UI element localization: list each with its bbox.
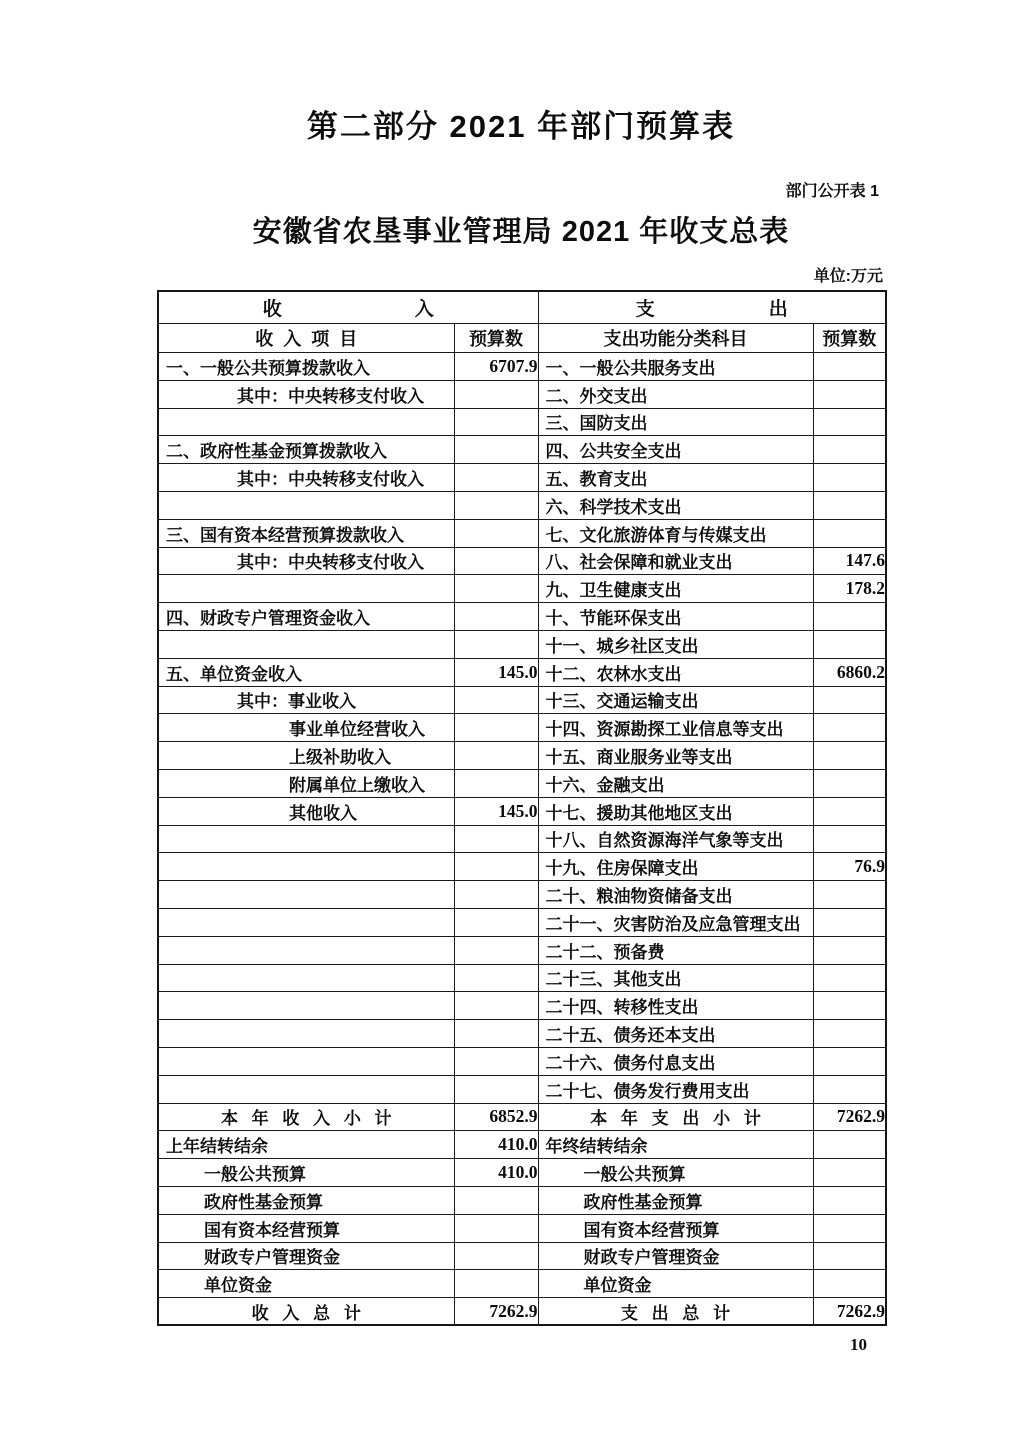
table-row: 一、一般公共预算拨款收入6707.9一、一般公共服务支出 <box>158 353 886 381</box>
expense-item-cell: 五、教育支出 <box>538 464 813 492</box>
income-item-cell <box>158 1047 454 1075</box>
expense-value-cell <box>813 1186 886 1214</box>
expense-value-cell <box>813 686 886 714</box>
expense-value-cell <box>813 797 886 825</box>
page-title: 第二部分 2021 年部门预算表 <box>157 0 885 148</box>
income-value-cell <box>454 603 538 631</box>
income-item-cell: 国有资本经营预算 <box>158 1214 454 1242</box>
table-row: 二十五、债务还本支出 <box>158 1020 886 1048</box>
expense-item-cell: 十七、援助其他地区支出 <box>538 797 813 825</box>
expense-item-cell: 国有资本经营预算 <box>538 1214 813 1242</box>
expense-value-cell: 7262.9 <box>813 1103 886 1131</box>
income-value-cell <box>454 1186 538 1214</box>
expense-value-cell <box>813 1131 886 1159</box>
income-value-cell <box>454 1242 538 1270</box>
expense-item-cell: 十六、金融支出 <box>538 769 813 797</box>
income-value-cell <box>454 992 538 1020</box>
table-row: 其中：中央转移支付收入二、外交支出 <box>158 380 886 408</box>
expense-value-cell <box>813 825 886 853</box>
income-value-cell <box>454 1075 538 1103</box>
expense-value-cell <box>813 964 886 992</box>
income-item-cell <box>158 825 454 853</box>
table-row: 国有资本经营预算国有资本经营预算 <box>158 1214 886 1242</box>
expense-item-cell: 四、公共安全支出 <box>538 436 813 464</box>
table-row: 其中：中央转移支付收入八、社会保障和就业支出147.6 <box>158 547 886 575</box>
expense-value-cell <box>813 353 886 381</box>
table-row: 本 年 收 入 小 计6852.9本 年 支 出 小 计7262.9 <box>158 1103 886 1131</box>
income-item-cell: 其中：事业收入 <box>158 686 454 714</box>
income-item-cell <box>158 1075 454 1103</box>
expense-value-cell <box>813 436 886 464</box>
income-item-cell: 上年结转结余 <box>158 1131 454 1159</box>
expense-value-cell: 6860.2 <box>813 658 886 686</box>
col-header-income-budget: 预算数 <box>454 324 538 353</box>
income-value-cell: 410.0 <box>454 1131 538 1159</box>
expense-value-cell <box>813 491 886 519</box>
expense-item-cell: 十八、自然资源海洋气象等支出 <box>538 825 813 853</box>
income-item-cell <box>158 881 454 909</box>
table-row: 二十二、预备费 <box>158 936 886 964</box>
table-title: 安徽省农垦事业管理局 2021 年收支总表 <box>157 213 885 251</box>
income-value-cell: 6707.9 <box>454 353 538 381</box>
income-value-cell: 7262.9 <box>454 1298 538 1326</box>
income-item-cell <box>158 992 454 1020</box>
table-row: 三、国防支出 <box>158 408 886 436</box>
table-row: 其中：事业收入十三、交通运输支出 <box>158 686 886 714</box>
expense-item-cell: 政府性基金预算 <box>538 1186 813 1214</box>
table-row: 二十三、其他支出 <box>158 964 886 992</box>
income-item-cell <box>158 853 454 881</box>
table-row: 政府性基金预算政府性基金预算 <box>158 1186 886 1214</box>
table-row: 其他收入145.0十七、援助其他地区支出 <box>158 797 886 825</box>
expense-value-cell <box>813 881 886 909</box>
expense-item-cell: 六、科学技术支出 <box>538 491 813 519</box>
table-row: 二、政府性基金预算拨款收入四、公共安全支出 <box>158 436 886 464</box>
expense-item-cell: 三、国防支出 <box>538 408 813 436</box>
expense-item-cell: 八、社会保障和就业支出 <box>538 547 813 575</box>
table-row: 二十一、灾害防治及应急管理支出 <box>158 908 886 936</box>
table-row: 十九、住房保障支出76.9 <box>158 853 886 881</box>
unit-label: 单位:万元 <box>157 263 885 286</box>
income-item-cell <box>158 1020 454 1048</box>
income-item-cell: 五、单位资金收入 <box>158 658 454 686</box>
income-item-cell: 三、国有资本经营预算拨款收入 <box>158 519 454 547</box>
income-value-cell <box>454 936 538 964</box>
expense-value-cell <box>813 1242 886 1270</box>
expense-item-cell: 二十六、债务付息支出 <box>538 1047 813 1075</box>
col-header-expense-budget: 预算数 <box>813 324 886 353</box>
expense-item-cell: 十五、商业服务业等支出 <box>538 742 813 770</box>
income-value-cell <box>454 908 538 936</box>
income-value-cell <box>454 464 538 492</box>
table-row: 二十四、转移性支出 <box>158 992 886 1020</box>
expense-item-cell: 九、卫生健康支出 <box>538 575 813 603</box>
expense-item-cell: 十三、交通运输支出 <box>538 686 813 714</box>
income-item-cell: 其中：中央转移支付收入 <box>158 464 454 492</box>
income-item-cell: 其中：中央转移支付收入 <box>158 380 454 408</box>
income-item-cell: 事业单位经营收入 <box>158 714 454 742</box>
expense-value-cell: 178.2 <box>813 575 886 603</box>
expense-item-cell: 支 出 总 计 <box>538 1298 813 1326</box>
column-header-row: 收 入 项 目 预算数 支出功能分类科目 预算数 <box>158 324 886 353</box>
expense-item-cell: 十九、住房保障支出 <box>538 853 813 881</box>
table-row: 九、卫生健康支出178.2 <box>158 575 886 603</box>
expense-item-cell: 十一、城乡社区支出 <box>538 630 813 658</box>
income-value-cell <box>454 686 538 714</box>
expense-item-cell: 一、一般公共服务支出 <box>538 353 813 381</box>
expense-value-cell <box>813 908 886 936</box>
income-value-cell <box>454 547 538 575</box>
expense-value-cell <box>813 1047 886 1075</box>
income-item-cell <box>158 630 454 658</box>
income-value-cell: 410.0 <box>454 1159 538 1187</box>
table-row: 四、财政专户管理资金收入十、节能环保支出 <box>158 603 886 631</box>
expense-item-cell: 二十、粮油物资储备支出 <box>538 881 813 909</box>
expense-item-cell: 十、节能环保支出 <box>538 603 813 631</box>
income-value-cell <box>454 380 538 408</box>
income-item-cell <box>158 491 454 519</box>
expense-value-cell: 147.6 <box>813 547 886 575</box>
income-value-cell <box>454 853 538 881</box>
expense-item-cell: 单位资金 <box>538 1270 813 1298</box>
income-value-cell <box>454 964 538 992</box>
table-row: 六、科学技术支出 <box>158 491 886 519</box>
table-row: 单位资金单位资金 <box>158 1270 886 1298</box>
table-body: 一、一般公共预算拨款收入6707.9一、一般公共服务支出其中：中央转移支付收入二… <box>158 353 886 1326</box>
table-row: 上级补助收入十五、商业服务业等支出 <box>158 742 886 770</box>
income-group-header: 收 入 <box>158 291 538 324</box>
expense-value-cell <box>813 1159 886 1187</box>
expense-item-cell: 十二、农林水支出 <box>538 658 813 686</box>
expense-item-cell: 二十三、其他支出 <box>538 964 813 992</box>
expense-item-cell: 二十五、债务还本支出 <box>538 1020 813 1048</box>
expense-item-cell: 财政专户管理资金 <box>538 1242 813 1270</box>
expense-item-cell: 一般公共预算 <box>538 1159 813 1187</box>
expense-item-cell: 二、外交支出 <box>538 380 813 408</box>
income-value-cell <box>454 436 538 464</box>
expense-value-cell <box>813 603 886 631</box>
expense-value-cell <box>813 936 886 964</box>
expense-item-cell: 七、文化旅游体育与传媒支出 <box>538 519 813 547</box>
table-row: 五、单位资金收入145.0十二、农林水支出6860.2 <box>158 658 886 686</box>
income-item-cell <box>158 936 454 964</box>
income-value-cell <box>454 408 538 436</box>
income-value-cell <box>454 1047 538 1075</box>
income-item-cell <box>158 575 454 603</box>
income-item-cell: 本 年 收 入 小 计 <box>158 1103 454 1131</box>
income-value-cell <box>454 825 538 853</box>
income-item-cell <box>158 964 454 992</box>
table-row: 事业单位经营收入十四、资源勘探工业信息等支出 <box>158 714 886 742</box>
income-value-cell <box>454 630 538 658</box>
income-item-cell: 财政专户管理资金 <box>158 1242 454 1270</box>
table-label: 部门公开表 1 <box>157 178 885 201</box>
expense-item-cell: 二十四、转移性支出 <box>538 992 813 1020</box>
income-value-cell <box>454 1020 538 1048</box>
expense-value-cell <box>813 519 886 547</box>
table-row: 收 入 总 计7262.9支 出 总 计7262.9 <box>158 1298 886 1326</box>
expense-item-cell: 二十一、灾害防治及应急管理支出 <box>538 908 813 936</box>
budget-table: 收 入 支 出 收 入 项 目 预算数 支出功能分类科目 预算数 一、一般公共预… <box>157 290 887 1326</box>
income-item-cell: 其他收入 <box>158 797 454 825</box>
income-item-cell <box>158 908 454 936</box>
expense-value-cell <box>813 380 886 408</box>
expense-value-cell <box>813 769 886 797</box>
income-item-cell: 政府性基金预算 <box>158 1186 454 1214</box>
table-row: 一般公共预算410.0一般公共预算 <box>158 1159 886 1187</box>
income-value-cell <box>454 1270 538 1298</box>
income-value-cell: 145.0 <box>454 797 538 825</box>
table-row: 二十七、债务发行费用支出 <box>158 1075 886 1103</box>
income-value-cell <box>454 575 538 603</box>
expense-value-cell <box>813 630 886 658</box>
expense-value-cell <box>813 742 886 770</box>
income-item-cell: 二、政府性基金预算拨款收入 <box>158 436 454 464</box>
col-header-expense-item: 支出功能分类科目 <box>538 324 813 353</box>
table-row: 三、国有资本经营预算拨款收入七、文化旅游体育与传媒支出 <box>158 519 886 547</box>
document-page: 第二部分 2021 年部门预算表 部门公开表 1 安徽省农垦事业管理局 2021… <box>157 0 885 1355</box>
expense-value-cell <box>813 714 886 742</box>
expense-value-cell <box>813 1020 886 1048</box>
expense-item-cell: 二十二、预备费 <box>538 936 813 964</box>
expense-item-cell: 二十七、债务发行费用支出 <box>538 1075 813 1103</box>
income-item-cell: 其中：中央转移支付收入 <box>158 547 454 575</box>
expense-group-header: 支 出 <box>538 291 886 324</box>
expense-value-cell <box>813 464 886 492</box>
income-item-cell: 上级补助收入 <box>158 742 454 770</box>
table-row: 附属单位上缴收入十六、金融支出 <box>158 769 886 797</box>
page-number: 10 <box>157 1335 885 1355</box>
table-row: 上年结转结余410.0年终结转结余 <box>158 1131 886 1159</box>
income-item-cell: 一、一般公共预算拨款收入 <box>158 353 454 381</box>
expense-value-cell <box>813 992 886 1020</box>
expense-item-cell: 年终结转结余 <box>538 1131 813 1159</box>
table-row: 二十、粮油物资储备支出 <box>158 881 886 909</box>
income-value-cell <box>454 714 538 742</box>
expense-value-cell: 7262.9 <box>813 1298 886 1326</box>
income-value-cell <box>454 769 538 797</box>
expense-value-cell <box>813 1270 886 1298</box>
col-header-income-item: 收 入 项 目 <box>158 324 454 353</box>
income-value-cell: 145.0 <box>454 658 538 686</box>
table-row: 十一、城乡社区支出 <box>158 630 886 658</box>
income-item-cell <box>158 408 454 436</box>
income-value-cell <box>454 491 538 519</box>
table-row: 二十六、债务付息支出 <box>158 1047 886 1075</box>
expense-value-cell: 76.9 <box>813 853 886 881</box>
table-row: 财政专户管理资金财政专户管理资金 <box>158 1242 886 1270</box>
group-header-row: 收 入 支 出 <box>158 291 886 324</box>
table-header: 收 入 支 出 收 入 项 目 预算数 支出功能分类科目 预算数 <box>158 291 886 353</box>
expense-value-cell <box>813 1214 886 1242</box>
income-item-cell: 单位资金 <box>158 1270 454 1298</box>
expense-item-cell: 本 年 支 出 小 计 <box>538 1103 813 1131</box>
table-row: 其中：中央转移支付收入五、教育支出 <box>158 464 886 492</box>
income-value-cell <box>454 519 538 547</box>
income-item-cell: 一般公共预算 <box>158 1159 454 1187</box>
income-value-cell: 6852.9 <box>454 1103 538 1131</box>
income-item-cell: 收 入 总 计 <box>158 1298 454 1326</box>
income-value-cell <box>454 742 538 770</box>
expense-value-cell <box>813 408 886 436</box>
table-row: 十八、自然资源海洋气象等支出 <box>158 825 886 853</box>
income-item-cell: 四、财政专户管理资金收入 <box>158 603 454 631</box>
income-value-cell <box>454 1214 538 1242</box>
income-item-cell: 附属单位上缴收入 <box>158 769 454 797</box>
expense-item-cell: 十四、资源勘探工业信息等支出 <box>538 714 813 742</box>
income-value-cell <box>454 881 538 909</box>
expense-value-cell <box>813 1075 886 1103</box>
